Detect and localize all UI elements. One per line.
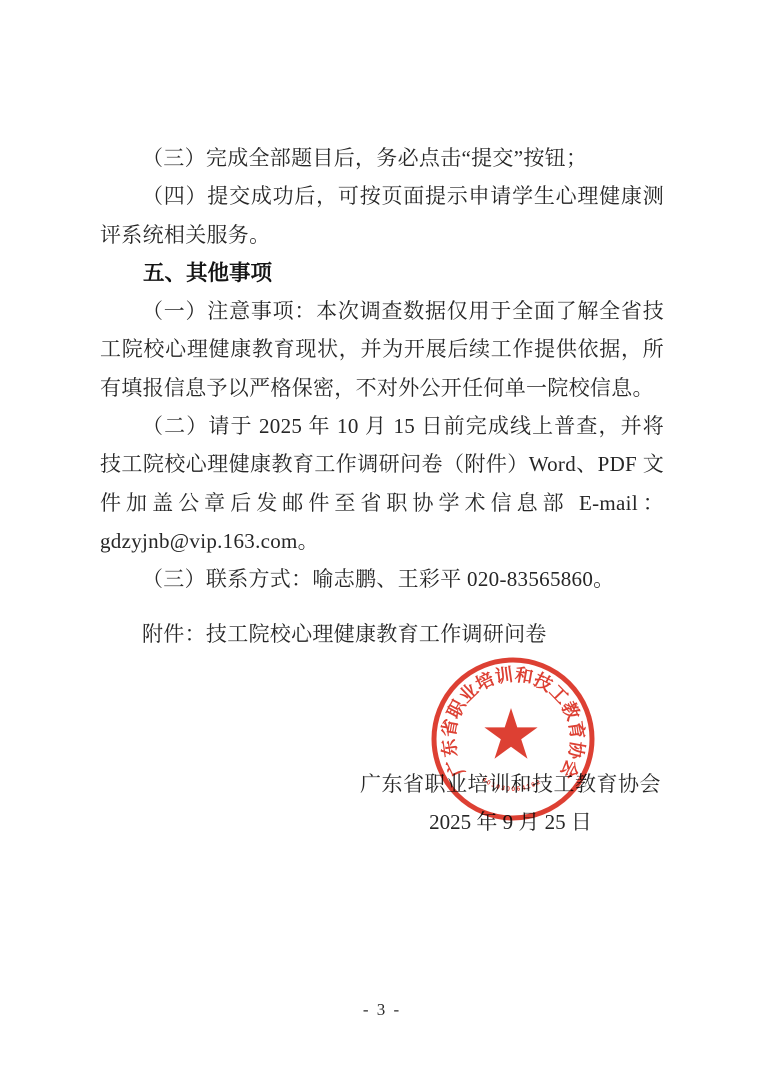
section-heading-other-matters: 五、其他事项 — [100, 254, 664, 292]
signature-block: 广东省职业培训和技工教育协会 2025 年 9 月 25 日 — [100, 765, 664, 841]
attachment-line: 附件：技工院校心理健康教育工作调研问卷 — [100, 615, 664, 653]
signature-organization: 广东省职业培训和技工教育协会 — [360, 765, 661, 803]
paragraph-note-2-email: （二）请于 2025 年 10 月 15 日前完成线上普查，并将技工院校心理健康… — [100, 407, 664, 560]
paragraph-item-4: （四）提交成功后，可按页面提示申请学生心理健康测评系统相关服务。 — [100, 177, 664, 254]
scanned-document-page: （三）完成全部题目后，务必点击“提交”按钮； （四）提交成功后，可按页面提示申请… — [0, 0, 764, 1080]
signature-date: 2025 年 9 月 25 日 — [360, 803, 661, 841]
document-body: （三）完成全部题目后，务必点击“提交”按钮； （四）提交成功后，可按页面提示申请… — [100, 139, 664, 841]
paragraph-note-3-contact: （三）联系方式：喻志鹏、王彩平 020-83565860。 — [100, 560, 664, 598]
page-number: - 3 - — [0, 1000, 764, 1020]
paragraph-note-1: （一）注意事项：本次调查数据仅用于全面了解全省技工院校心理健康教育现状，并为开展… — [100, 292, 664, 407]
paragraph-item-3: （三）完成全部题目后，务必点击“提交”按钮； — [100, 139, 664, 177]
